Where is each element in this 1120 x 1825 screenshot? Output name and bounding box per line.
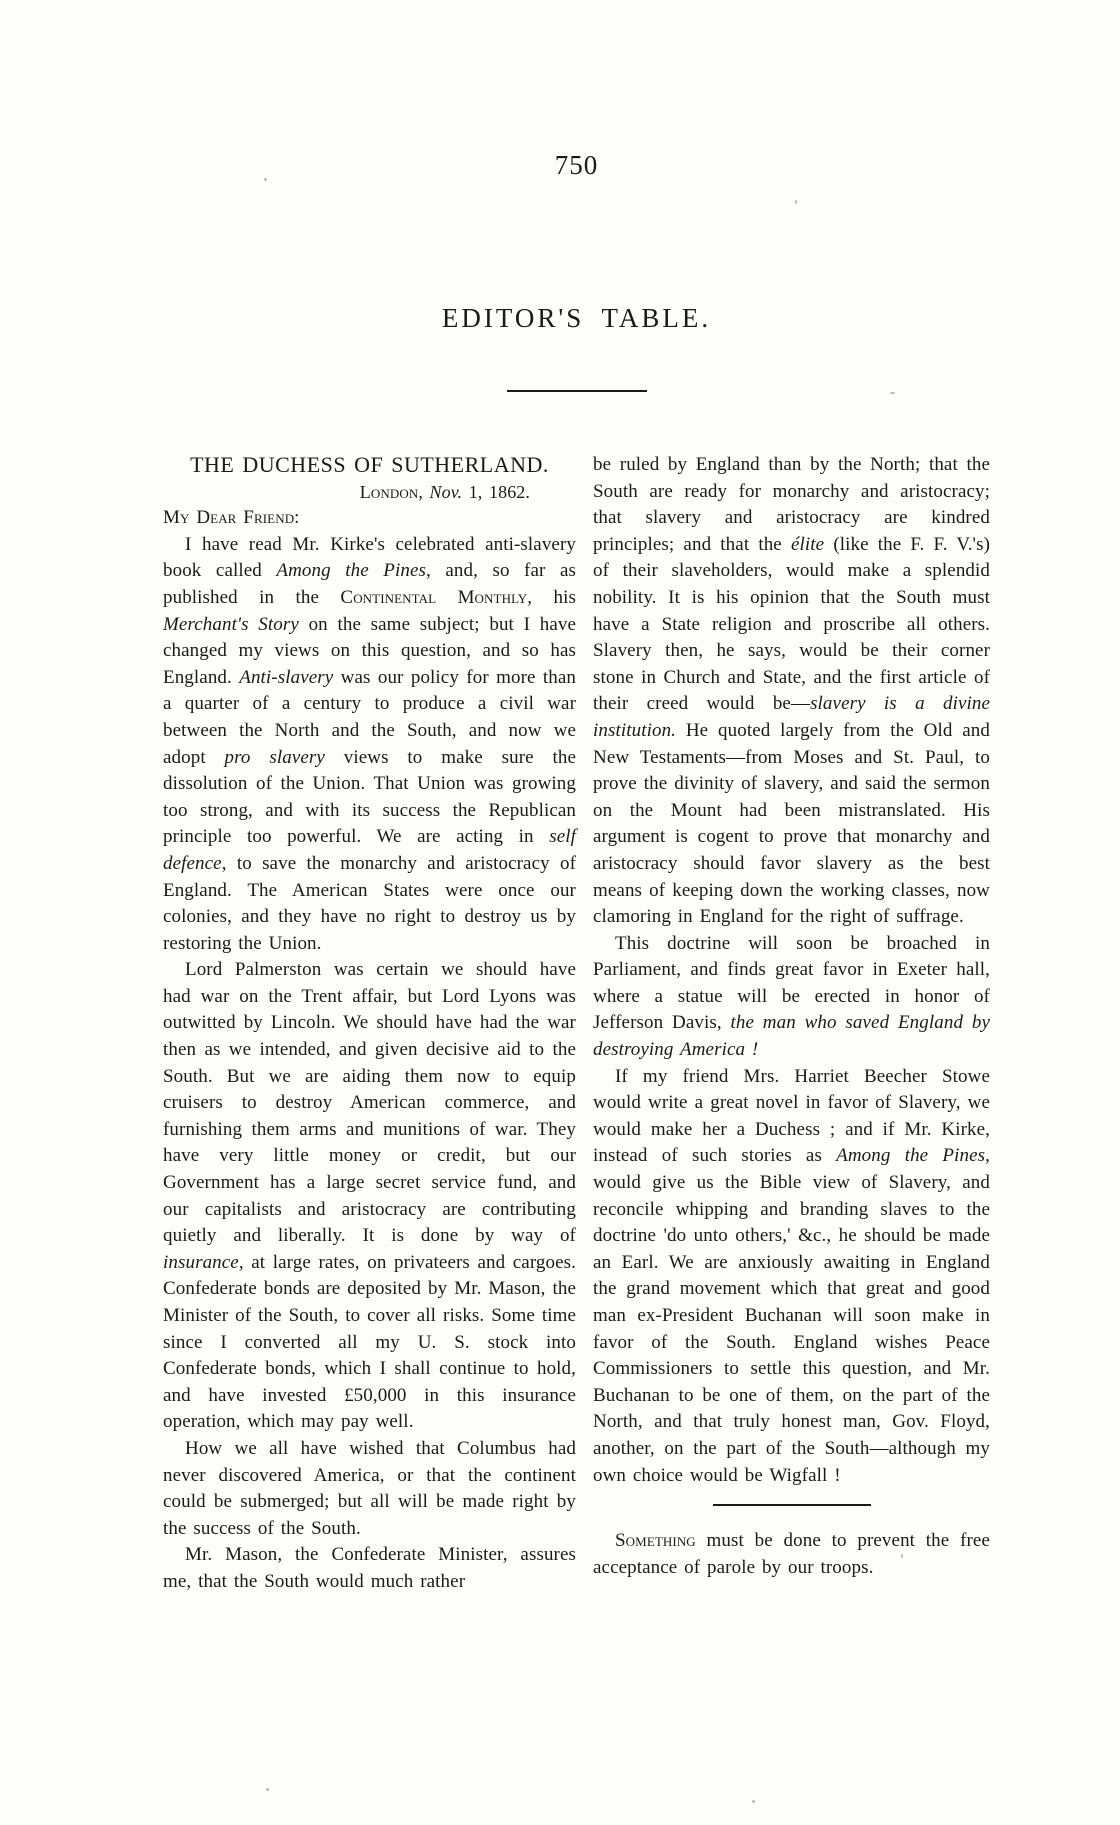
paragraph: Lord Palmerston was certain we should ha… xyxy=(163,957,576,1436)
scan-artifact xyxy=(795,200,797,204)
title-divider xyxy=(507,390,647,392)
paragraph: be ruled by England than by the North; t… xyxy=(593,452,990,931)
paragraph: How we all have wished that Columbus had… xyxy=(163,1436,576,1542)
left-column: THE DUCHESS OF SUTHERLAND. London, Nov. … xyxy=(163,452,576,1596)
right-column: be ruled by England than by the North; t… xyxy=(593,452,990,1596)
scan-artifact xyxy=(890,392,895,394)
article-title: EDITOR'S TABLE. xyxy=(163,300,990,336)
scan-artifact xyxy=(264,178,267,181)
text-columns: THE DUCHESS OF SUTHERLAND. London, Nov. … xyxy=(163,452,990,1596)
paragraph: I have read Mr. Kirke's celebrated anti-… xyxy=(163,532,576,958)
scanned-page: 750 EDITOR'S TABLE. THE DUCHESS OF SUTHE… xyxy=(0,0,1120,1825)
scan-artifact xyxy=(266,1788,269,1791)
page-number: 750 xyxy=(163,0,990,182)
scan-artifact xyxy=(901,1554,903,1558)
letter-dateline: London, Nov. 1, 1862. xyxy=(163,479,576,506)
page-content: 750 EDITOR'S TABLE. THE DUCHESS OF SUTHE… xyxy=(163,0,990,1596)
letter-heading: THE DUCHESS OF SUTHERLAND. xyxy=(163,452,576,479)
paragraph: If my friend Mrs. Harriet Beecher Stowe … xyxy=(593,1064,990,1490)
scan-artifact xyxy=(752,1800,755,1803)
section-divider xyxy=(713,1504,871,1506)
paragraph: This doctrine will soon be broached in P… xyxy=(593,931,990,1064)
paragraph: Mr. Mason, the Confederate Minister, ass… xyxy=(163,1542,576,1595)
footer-paragraph: Something must be done to prevent the fr… xyxy=(593,1528,990,1581)
letter-salutation: My Dear Friend: xyxy=(163,505,576,532)
